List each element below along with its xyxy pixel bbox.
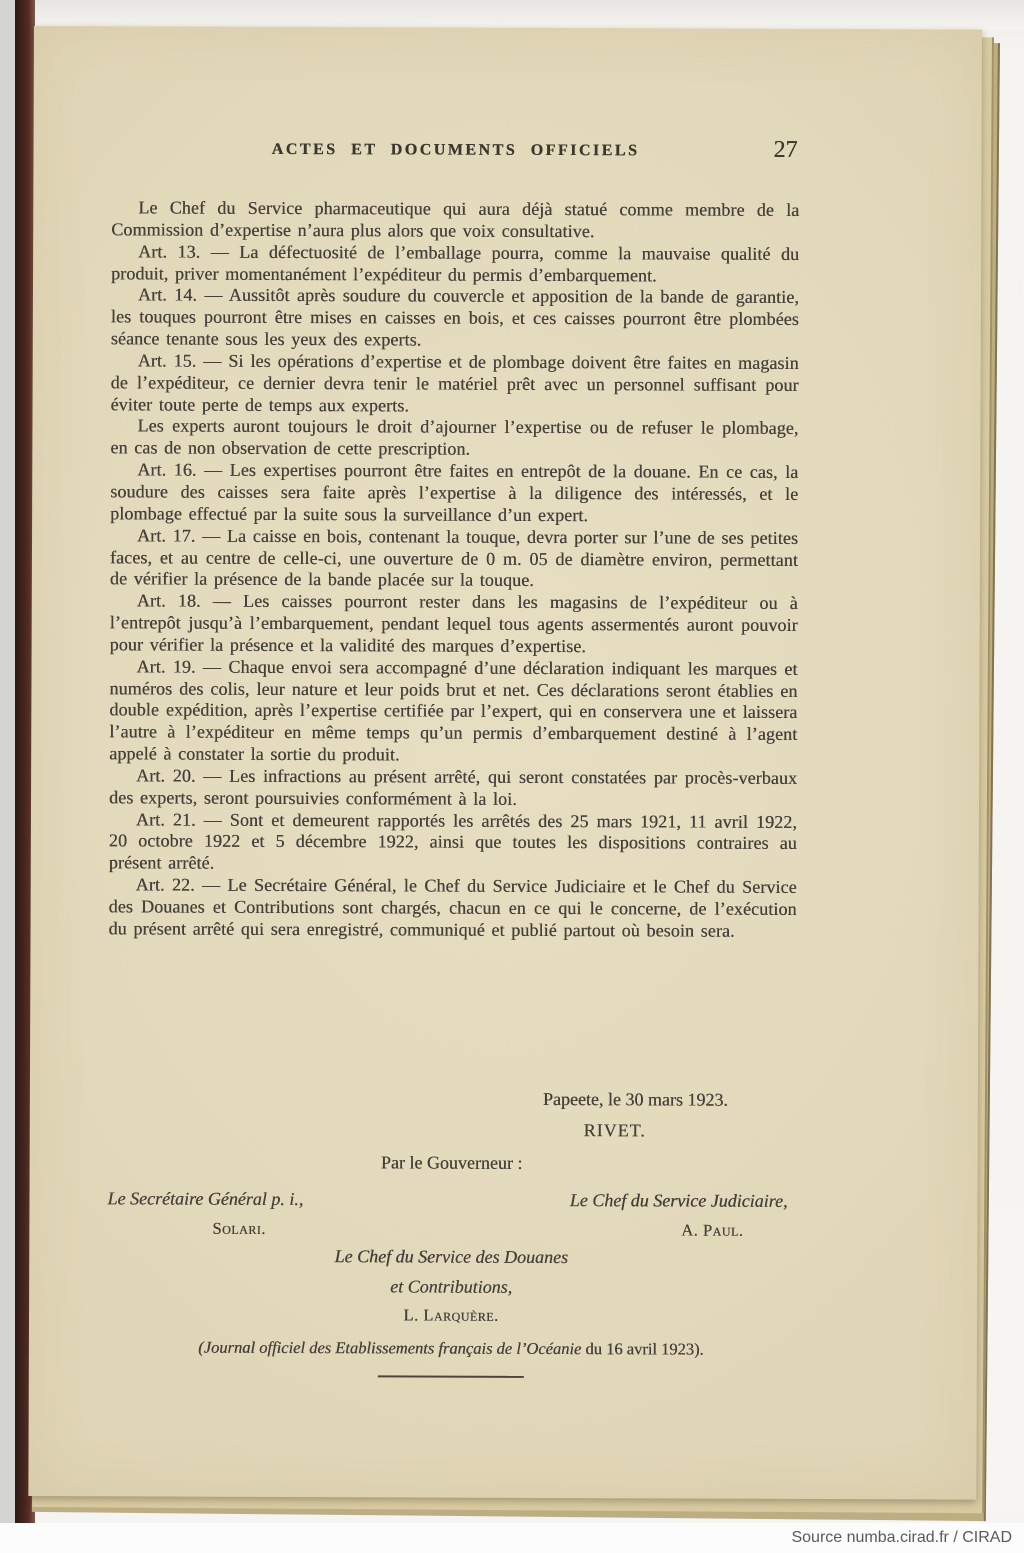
judicial-service-chief-title: Le Chef du Service Judiciaire, bbox=[570, 1190, 796, 1212]
document-body: Le Chef du Service pharmaceutique qui au… bbox=[108, 197, 799, 1074]
paragraph-art-21: Art. 21. — Sont et demeurent rapportés l… bbox=[109, 809, 797, 877]
paragraph-art-22: Art. 22. — Le Secrétaire Général, le Che… bbox=[108, 874, 796, 942]
page-header: ACTES ET DOCUMENTS OFFICIELS 27 bbox=[111, 140, 799, 169]
paragraph-art-19: Art. 19. — Chaque envoi sera accompagné … bbox=[109, 656, 797, 768]
running-title: ACTES ET DOCUMENTS OFFICIELS bbox=[111, 140, 799, 161]
journal-reference-date: du 16 avril 1923). bbox=[581, 1339, 703, 1358]
customs-chief-name: L. Larquère. bbox=[107, 1304, 795, 1327]
page-content: ACTES ET DOCUMENTS OFFICIELS 27 Le Chef … bbox=[107, 140, 800, 1379]
byline: Par le Gouverneur : bbox=[108, 1151, 796, 1175]
paragraph-art-15: Art. 15. — Si les opérations d’expertise… bbox=[111, 350, 799, 418]
scanned-document-canvas: ACTES ET DOCUMENTS OFFICIELS 27 Le Chef … bbox=[0, 0, 1024, 1553]
scanner-edge-strip bbox=[0, 0, 15, 1524]
customs-chief-title-line2: et Contributions, bbox=[107, 1275, 795, 1299]
governor-signature: RIVET. bbox=[108, 1118, 796, 1142]
journal-reference-title: (Journal officiel des Etablissements fra… bbox=[198, 1338, 581, 1358]
dateline: Papeete, le 30 mars 1923. bbox=[108, 1087, 796, 1111]
paragraph-art-16: Art. 16. — Les expertises pourront être … bbox=[110, 459, 798, 527]
paragraph-art-15-cont: Les experts auront toujours le droit d’a… bbox=[110, 416, 798, 462]
paragraph-intro: Le Chef du Service pharmaceutique qui au… bbox=[111, 197, 799, 243]
paragraph-art-17: Art. 17. — La caisse en bois, contenant … bbox=[110, 525, 798, 593]
paragraph-art-20: Art. 20. — Les infractions au présent ar… bbox=[109, 765, 797, 811]
source-attribution-bar: Source numba.cirad.fr / CIRAD bbox=[0, 1523, 1024, 1553]
paragraph-art-18: Art. 18. — Les caisses pourront rester d… bbox=[110, 590, 798, 658]
signature-titles-row: Le Secrétaire Général p. i., Le Chef du … bbox=[107, 1188, 795, 1212]
judicial-service-chief-name: A. Paul. bbox=[681, 1220, 743, 1240]
paragraph-art-14: Art. 14. — Aussitôt après soudure du cou… bbox=[111, 285, 799, 353]
journal-reference: (Journal officiel des Etablissements fra… bbox=[107, 1337, 795, 1360]
closing-block: Papeete, le 30 mars 1923. RIVET. Par le … bbox=[107, 1087, 796, 1379]
customs-chief-title-line1: Le Chef du Service des Douanes bbox=[107, 1245, 795, 1269]
secretary-general-name: Solari. bbox=[212, 1219, 266, 1239]
page-number: 27 bbox=[773, 137, 797, 164]
secretary-general-title: Le Secrétaire Général p. i., bbox=[107, 1188, 303, 1210]
end-rule bbox=[378, 1375, 524, 1378]
source-attribution-text: Source numba.cirad.fr / CIRAD bbox=[791, 1529, 1024, 1546]
signature-names-row: Solari. A. Paul. bbox=[107, 1218, 795, 1241]
document-page: ACTES ET DOCUMENTS OFFICIELS 27 Le Chef … bbox=[28, 26, 982, 1500]
scan-background bbox=[35, 0, 1024, 30]
paragraph-art-13: Art. 13. — La défectuosité de l’emballag… bbox=[111, 241, 799, 287]
